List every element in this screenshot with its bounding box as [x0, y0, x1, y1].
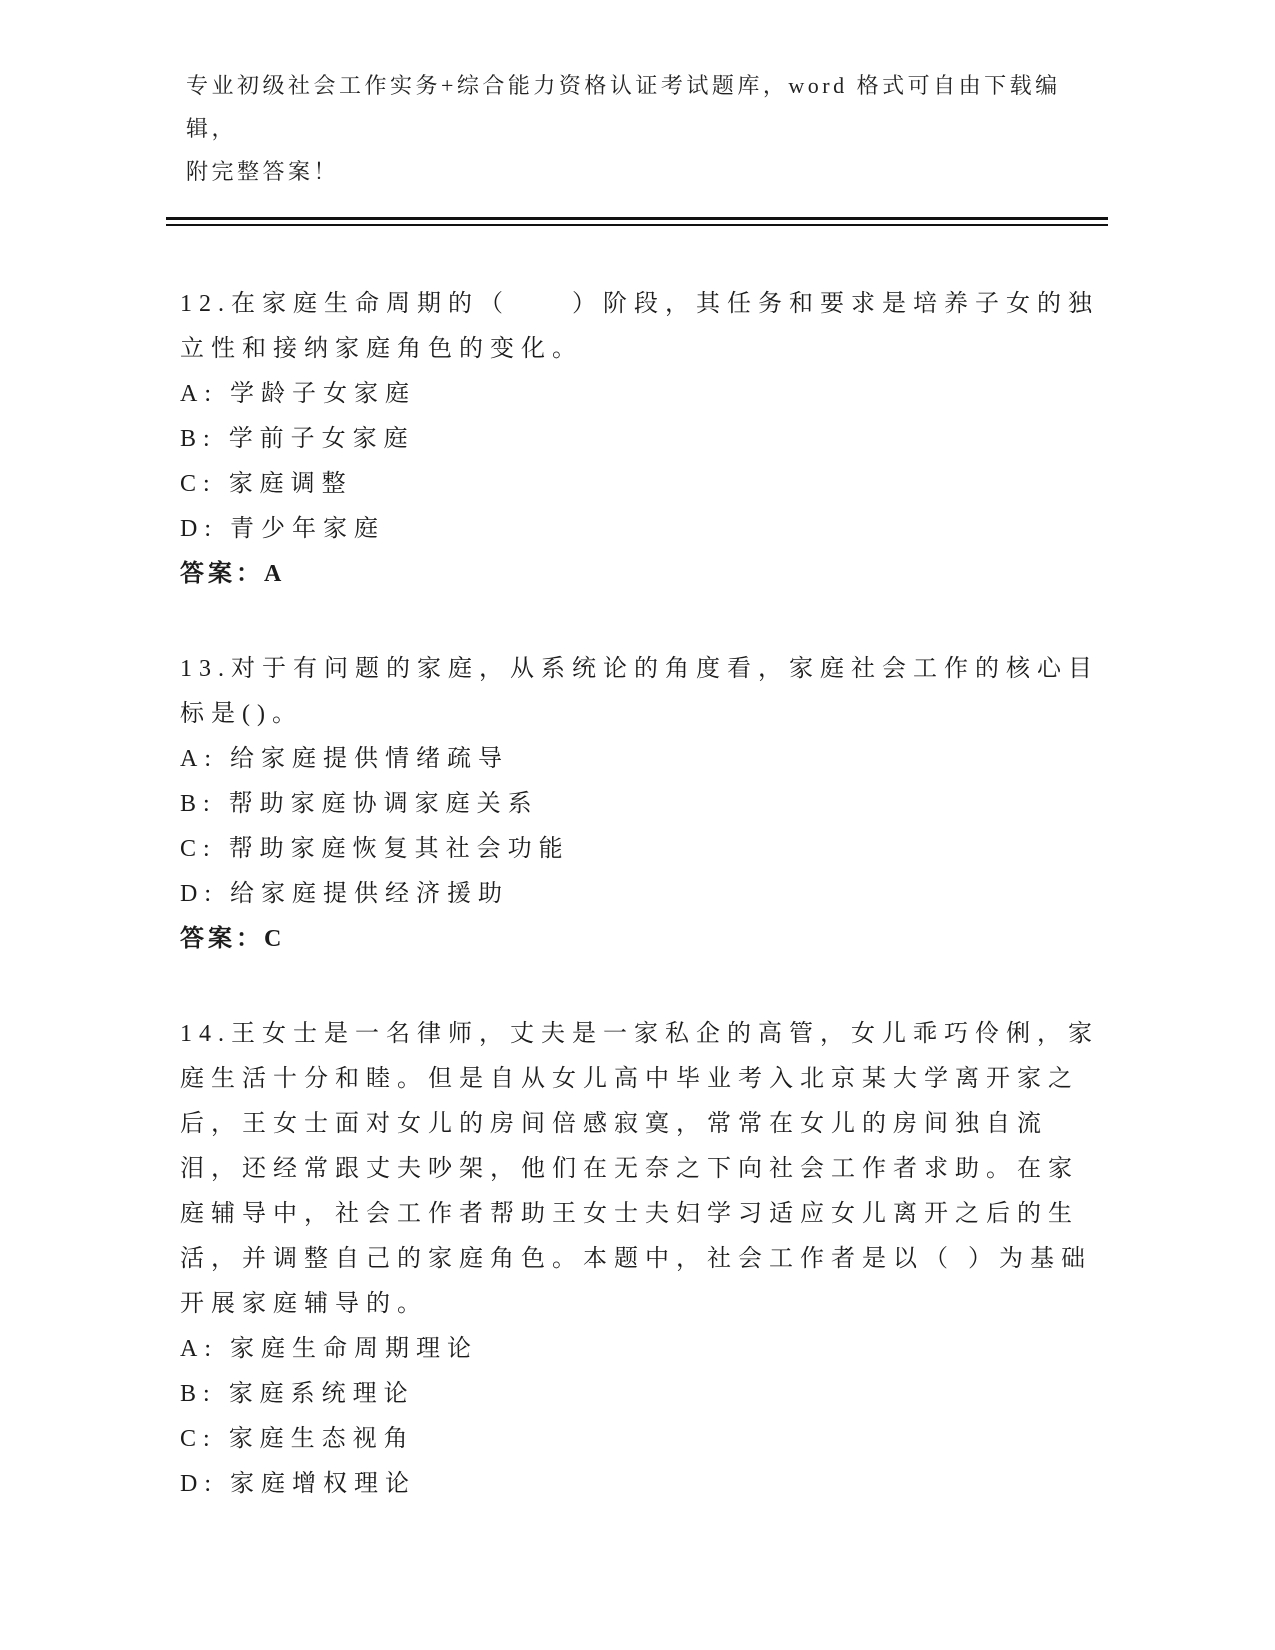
- option-row-d: D:家庭增权理论: [180, 1462, 1108, 1507]
- answer-label: 答案：: [180, 561, 264, 587]
- question-12: 12.在家庭生命周期的（ ）阶段，其任务和要求是培养子女的独立性和接纳家庭角色的…: [180, 282, 1108, 597]
- answer-line: 答案：A: [180, 552, 1108, 597]
- option-row-b: B:帮助家庭协调家庭关系: [180, 782, 1108, 827]
- option-row-c: C:帮助家庭恢复其社会功能: [180, 827, 1108, 872]
- option-label: A:: [180, 746, 218, 772]
- option-row-d: D:给家庭提供经济援助: [180, 872, 1108, 917]
- option-text: 给家庭提供经济援助: [230, 881, 509, 907]
- option-label: C:: [180, 471, 217, 497]
- option-label: C:: [180, 1426, 217, 1452]
- question-13: 13.对于有问题的家庭，从系统论的角度看，家庭社会工作的核心目标是()。 A:给…: [180, 647, 1108, 962]
- answer-value: A: [264, 561, 285, 587]
- option-label: B:: [180, 791, 217, 817]
- question-stem: 12.在家庭生命周期的（ ）阶段，其任务和要求是培养子女的独立性和接纳家庭角色的…: [180, 282, 1108, 372]
- option-row-a: A:家庭生命周期理论: [180, 1327, 1108, 1372]
- question-number: 12.: [180, 291, 231, 317]
- option-text: 学龄子女家庭: [230, 381, 416, 407]
- option-label: B:: [180, 1381, 217, 1407]
- question-stem: 14.王女士是一名律师，丈夫是一家私企的高管，女儿乖巧伶俐，家庭生活十分和睦。但…: [180, 1012, 1108, 1327]
- question-number: 13.: [180, 656, 231, 682]
- option-label: A:: [180, 1336, 218, 1362]
- option-label: D:: [180, 516, 218, 542]
- answer-label: 答案：: [180, 926, 264, 952]
- question-stem-text: 在家庭生命周期的（ ）阶段，其任务和要求是培养子女的独立性和接纳家庭角色的变化。: [180, 291, 1099, 362]
- option-row-b: B:家庭系统理论: [180, 1372, 1108, 1417]
- document-page: 专业初级社会工作实务+综合能力资格认证考试题库，word 格式可自由下载编辑， …: [0, 0, 1275, 1650]
- header-title-line1: 专业初级社会工作实务+综合能力资格认证考试题库，word 格式可自由下载编辑，: [180, 64, 1108, 150]
- option-label: D:: [180, 881, 218, 907]
- option-label: D:: [180, 1471, 218, 1497]
- option-row-c: C:家庭调整: [180, 462, 1108, 507]
- option-text: 家庭生命周期理论: [230, 1336, 478, 1362]
- option-label: B:: [180, 426, 217, 452]
- page-header: 专业初级社会工作实务+综合能力资格认证考试题库，word 格式可自由下载编辑， …: [180, 64, 1108, 226]
- option-text: 给家庭提供情绪疏导: [230, 746, 509, 772]
- questions-area: 12.在家庭生命周期的（ ）阶段，其任务和要求是培养子女的独立性和接纳家庭角色的…: [180, 282, 1108, 1507]
- option-text: 学前子女家庭: [229, 426, 415, 452]
- question-14: 14.王女士是一名律师，丈夫是一家私企的高管，女儿乖巧伶俐，家庭生活十分和睦。但…: [180, 1012, 1108, 1507]
- question-stem: 13.对于有问题的家庭，从系统论的角度看，家庭社会工作的核心目标是()。: [180, 647, 1108, 737]
- option-row-d: D:青少年家庭: [180, 507, 1108, 552]
- header-title-line2: 附完整答案！: [180, 150, 1108, 193]
- option-text: 帮助家庭恢复其社会功能: [229, 836, 570, 862]
- option-row-c: C:家庭生态视角: [180, 1417, 1108, 1462]
- option-text: 家庭系统理论: [229, 1381, 415, 1407]
- answer-line: 答案：C: [180, 917, 1108, 962]
- header-title: 专业初级社会工作实务+综合能力资格认证考试题库，word 格式可自由下载编辑， …: [180, 64, 1108, 193]
- option-label: C:: [180, 836, 217, 862]
- question-stem-text: 对于有问题的家庭，从系统论的角度看，家庭社会工作的核心目标是()。: [180, 656, 1099, 727]
- option-text: 家庭调整: [229, 471, 353, 497]
- option-row-a: A:学龄子女家庭: [180, 372, 1108, 417]
- option-row-a: A:给家庭提供情绪疏导: [180, 737, 1108, 782]
- question-number: 14.: [180, 1021, 231, 1047]
- header-rule: [166, 217, 1108, 226]
- option-text: 青少年家庭: [230, 516, 385, 542]
- option-text: 家庭生态视角: [229, 1426, 415, 1452]
- answer-value: C: [264, 926, 285, 952]
- option-text: 帮助家庭协调家庭关系: [229, 791, 539, 817]
- option-row-b: B:学前子女家庭: [180, 417, 1108, 462]
- question-stem-text: 王女士是一名律师，丈夫是一家私企的高管，女儿乖巧伶俐，家庭生活十分和睦。但是自从…: [180, 1021, 1099, 1317]
- option-text: 家庭增权理论: [230, 1471, 416, 1497]
- option-label: A:: [180, 381, 218, 407]
